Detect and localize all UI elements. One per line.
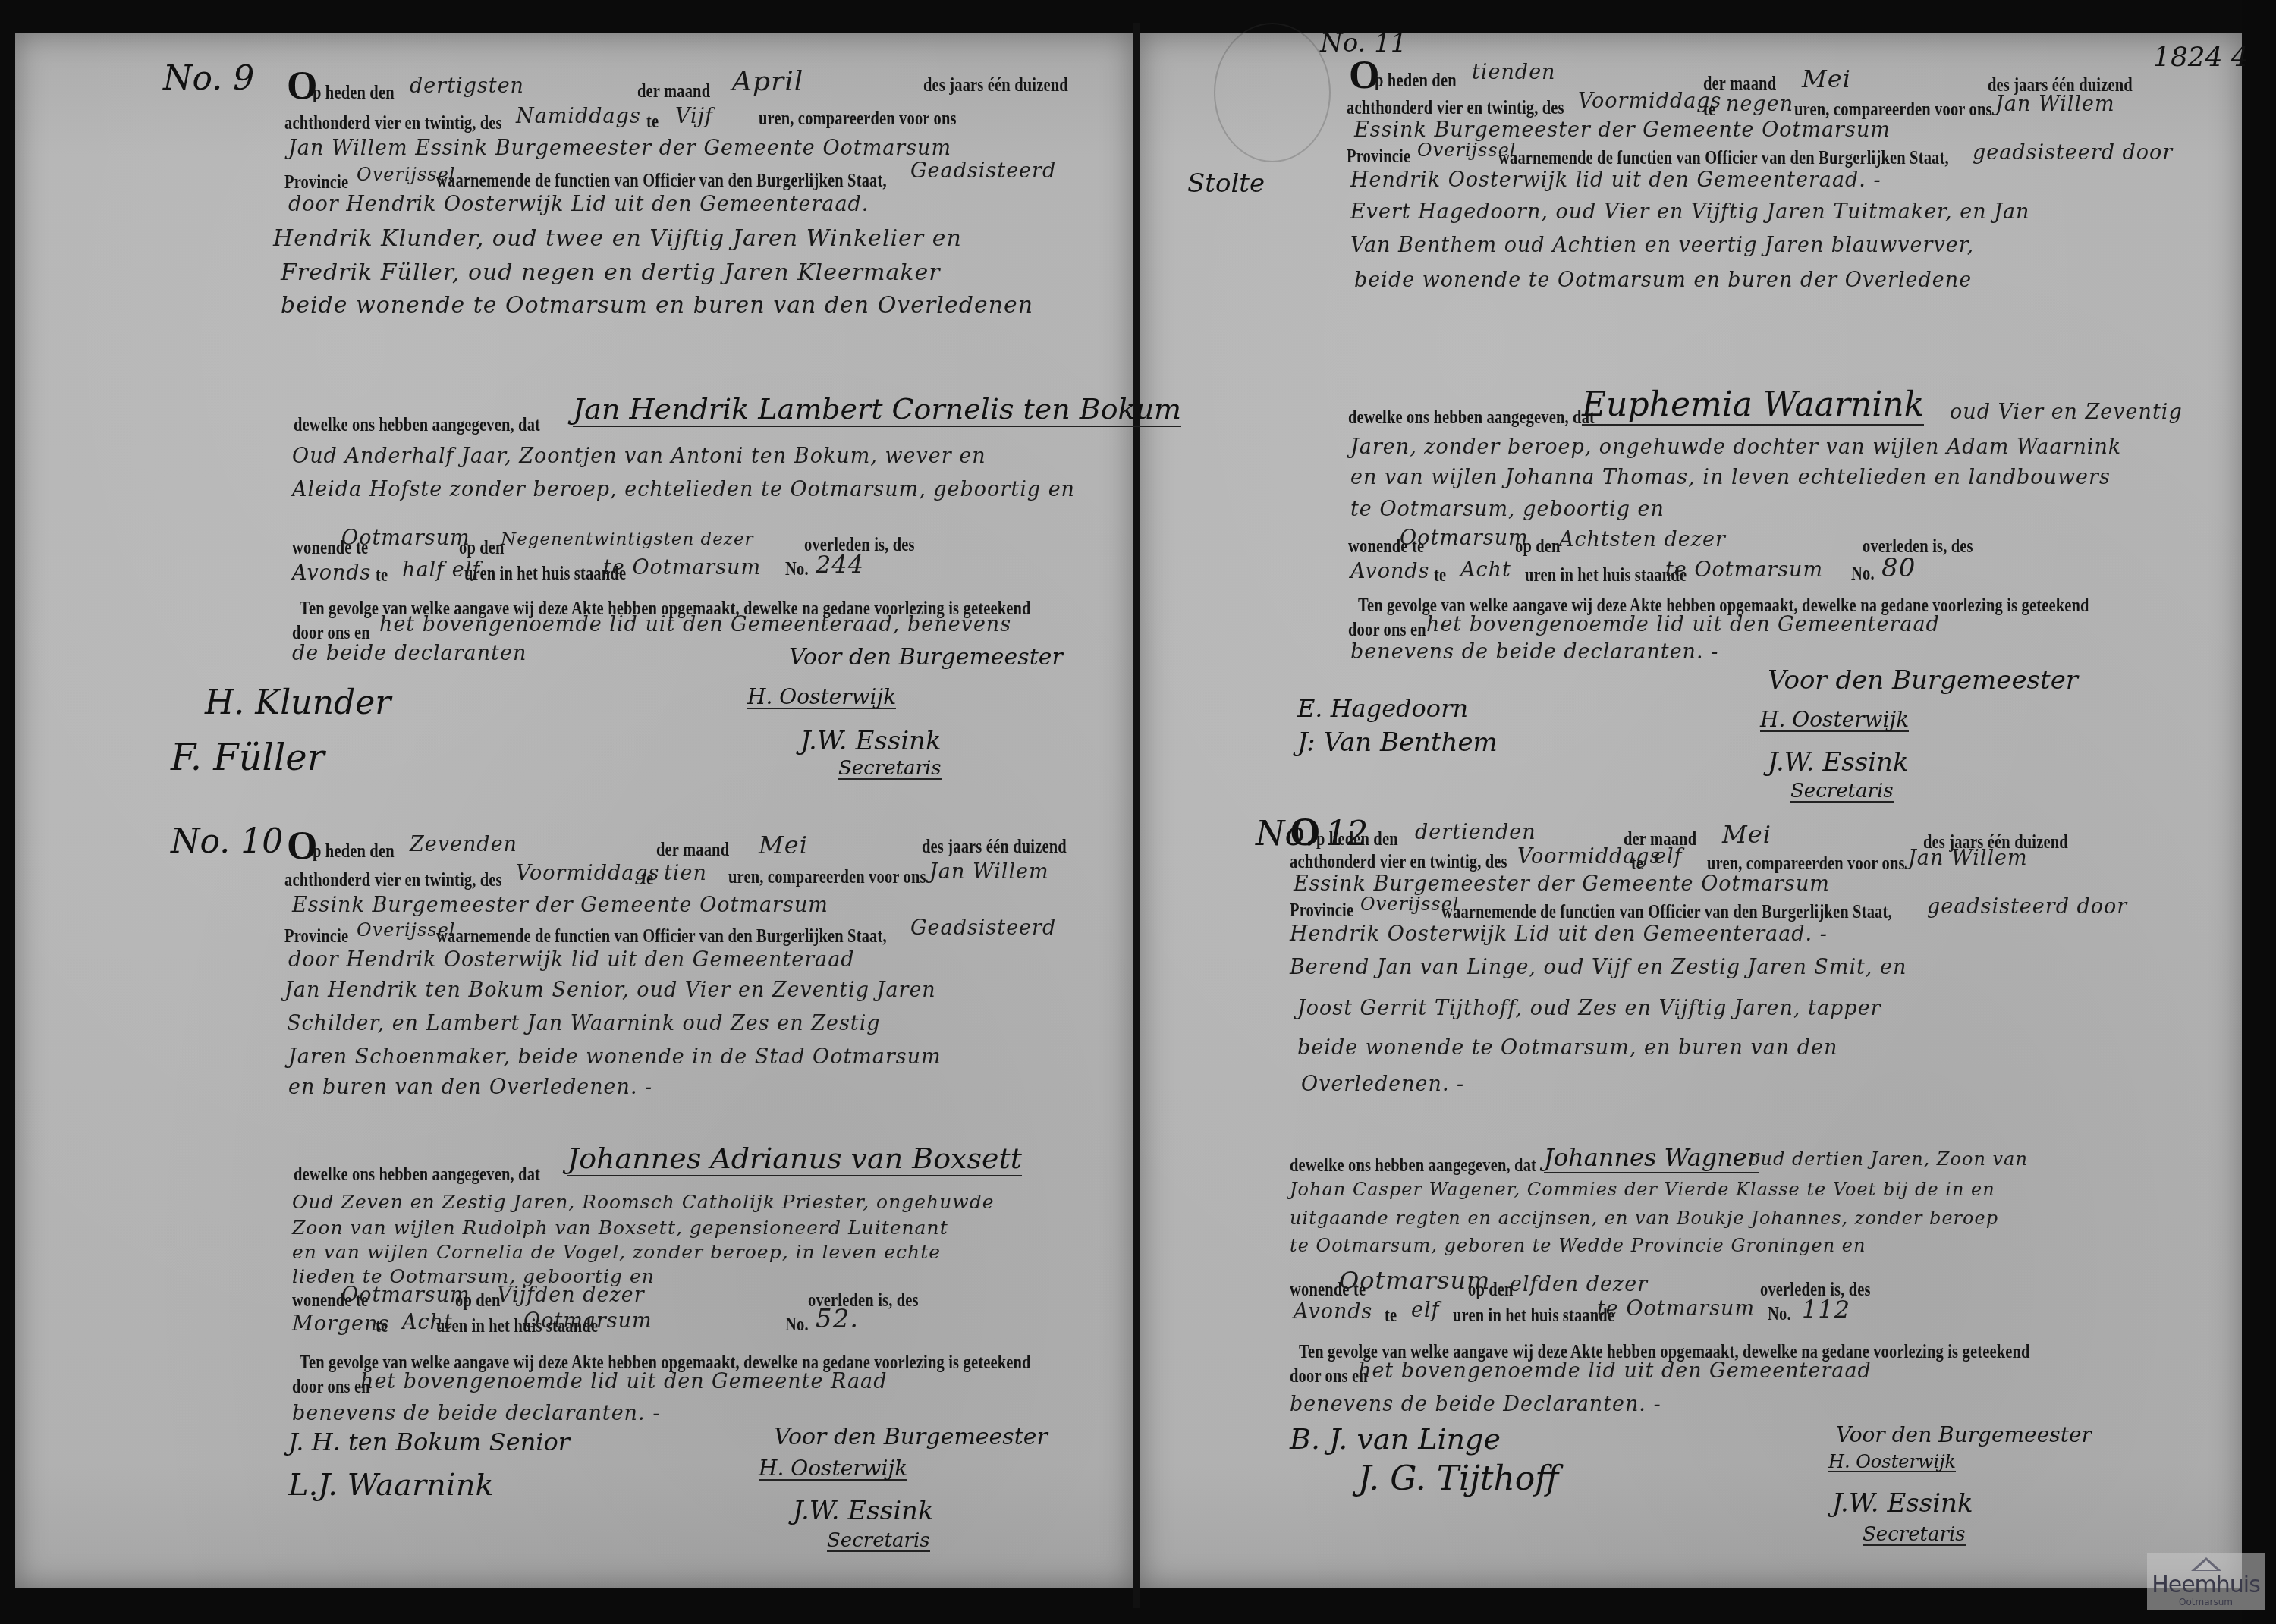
official-signature-label: Voor den Burgemeester [789,646,1063,669]
death-day-field: Negenentwintigsten dezer [501,531,754,548]
signed-by-line: het bovengenoemde lid uit den Gemeentera… [379,614,1011,635]
death-daypart-field: Avonds [1350,561,1429,582]
witness-signature: E. Hagedoorn [1297,696,1468,721]
form-text: des jaars één duizend [923,76,1068,95]
form-text: door ons en [1290,1367,1368,1386]
form-text: waarnemende de functien van Officier van… [1498,149,1949,168]
signed-by-line: benevens de beide declaranten. - [1350,642,1718,662]
witness-signature: J. G. Tijthoff [1358,1462,1559,1496]
official-field: Essink Burgemeester der Gemeente Ootmars… [292,895,828,916]
form-text: te [641,869,653,888]
official-signature: Secretaris [1863,1525,1966,1546]
deceased-name: Johannes Adrianus van Boxsett [567,1144,1022,1176]
official-signature: J.W. Essink [793,1498,934,1524]
form-text: der maand [656,840,729,859]
witness-line: Schilder, en Lambert Jan Waarnink oud Ze… [287,1013,881,1034]
entry-number: No. 9 [163,62,254,96]
daypart-field: Namiddags [516,106,641,127]
death-place-field: te Ootmarsum [603,558,761,578]
official-signature-label: Voor den Burgemeester [774,1426,1048,1449]
entry-number: No. 11 [1320,30,1407,56]
hour-field: elf [1654,847,1683,867]
deceased-suffix: oud Vier en Zeventig [1950,402,2183,422]
form-text: der maand [637,82,710,101]
signed-by-line: het bovengenoemde lid uit den Gemeentera… [1426,614,1940,635]
witness-line: Hendrik Klunder, oud twee en Vijftig Jar… [273,228,962,250]
day-field: Zevenden [410,834,517,855]
akte-number: 112 [1802,1297,1850,1321]
form-text: dewelke ons hebben aangegeven, dat [1348,408,1595,427]
description-line: uitgaande regten en accijnsen, en van Bo… [1290,1209,1998,1227]
assisted-field: geadsisteerd door [1973,143,2173,163]
form-text: achthonderd vier en twintig, des [284,114,502,133]
description-line: en van wijlen Johanna Thomas, in leven e… [1350,467,2111,488]
signed-by-line: benevens de beide declaranten. - [292,1403,660,1424]
death-day-field: Vijfden dezer [497,1285,645,1305]
residence-field: Ootmarsum [341,528,470,548]
form-text: Provincie [284,927,348,946]
form-text: op den [455,1291,501,1310]
signed-by-line: het bovengenoemde lid uit den Gemeentera… [1358,1361,1872,1381]
official-signature: J.W. Essink [1768,749,1909,775]
witness-line: beide wonende te Ootmarsum en buren van … [281,294,1033,317]
deceased-suffix: oud dertien Jaren, Zoon van [1749,1150,2028,1168]
form-text: te [1703,100,1715,119]
official-field: Jan Willem Essink Burgemeester der Gemee… [288,138,951,159]
witness-signature: J. H. ten Bokum Senior [288,1430,570,1454]
death-day-field: Achtsten dezer [1559,529,1726,550]
embossed-seal [1214,23,1331,162]
signed-by-line: het bovengenoemde lid uit den Gemeente R… [360,1371,887,1392]
witness-line: Fredrik Füller, oud negen en dertig Jare… [281,262,941,284]
description-line: te Ootmarsum, geboortig en [1350,499,1665,520]
official-field: Essink Burgemeester der Gemeente Ootmars… [1354,120,1891,140]
official-signature-label: Voor den Burgemeester [1836,1425,2092,1446]
form-text: waarnemende de functien van Officier van… [1441,903,1892,922]
official-signature: H. Oosterwijk [1828,1453,1956,1472]
form-text: dewelke ons hebben aangegeven, dat [1290,1156,1536,1175]
official-signature: J.W. Essink [800,728,942,754]
form-text: uren, compareerden voor ons [759,109,957,128]
description-line: en van wijlen Cornelia de Vogel, zonder … [292,1242,941,1261]
residence-field: Ootmarsum [341,1285,470,1305]
entry-number: No. 10 [171,825,283,859]
assisted-by-field: door Hendrik Oosterwijk lid uit den Geme… [288,950,855,970]
description-line: Oud Anderhalf Jaar, Zoontjen van Antoni … [292,446,986,466]
witness-line: en buren van den Overledenen. - [288,1077,652,1098]
form-text: Provincie [1290,901,1353,920]
form-text: op den [1515,537,1561,556]
assisted-field: Geadsisteerd [910,161,1056,181]
day-field: dertigsten [410,76,524,96]
assisted-by-field: Hendrik Oosterwijk Lid uit den Gemeenter… [1290,924,1828,944]
assisted-field: geadsisteerd door [1927,897,2127,917]
form-text: uren in het huis staande [464,564,626,583]
akte-number: 52. [816,1306,859,1332]
description-line: Oud Zeven en Zestig Jaren, Roomsch Catho… [292,1192,994,1211]
witness-signature: J: Van Benthem [1297,730,1498,755]
deceased-name: Johannes Wagner [1544,1145,1759,1173]
deceased-name: Euphemia Waarnink [1582,388,1924,426]
witness-signature: F. Füller [171,740,325,776]
deceased-name: Jan Hendrik Lambert Cornelis ten Bokum [573,394,1181,427]
witness-line: Overledenen. - [1301,1074,1464,1095]
margin-note: Stolte [1187,171,1265,196]
residence-field: Ootmarsum [1400,528,1529,548]
month-field: Mei [1722,822,1771,847]
description-line: Jaren, zonder beroep, ongehuwde dochter … [1350,437,2121,457]
form-text: achthonderd vier en twintig, des [1290,853,1507,872]
official-field: Essink Burgemeester der Gemeente Ootmars… [1294,874,1830,894]
signed-by-line: benevens de beide Declaranten. - [1290,1394,1661,1415]
form-text: No. [785,1315,809,1334]
form-text: Provincie [1347,147,1410,166]
death-place-field: te Ootmarsum [1665,560,1823,580]
logo-name: Heemhuis [2152,1574,2260,1597]
form-text: uren, compareerden voor ons [1794,100,1992,119]
form-text: Provincie [284,173,348,192]
description-line: Johan Casper Wagener, Commies der Vierde… [1290,1180,1995,1198]
hour-field: tien [664,863,707,884]
official-signature-label: Voor den Burgemeester [1768,668,2078,693]
book-gutter [1133,23,1140,1608]
form-text: dewelke ons hebben aangegeven, dat [294,416,540,435]
death-hour-field: Acht [1460,560,1511,580]
form-text: te [376,1317,388,1336]
logo-place: Ootmarsum [2179,1597,2233,1607]
day-field: tienden [1472,62,1556,83]
hour-field: negen [1726,94,1793,115]
death-daypart-field: Avonds [1294,1302,1372,1322]
form-text: No. [1851,564,1875,583]
form-text: uren in het huis staande [1525,566,1687,585]
form-text: uren, compareerden voor ons [728,868,926,887]
description-line: te Ootmarsum, geboren te Wedde Provincie… [1290,1236,1866,1255]
house-roof-icon [2191,1557,2221,1571]
description-line: Aleida Hofste zonder beroep, echtelieden… [292,479,1075,500]
scan-border [2242,0,2276,1624]
form-text: No. [785,560,809,579]
official-field: Jan Willem [929,862,1049,882]
page-marking: 1824 4 [2153,44,2249,71]
form-text: p heden den [313,842,395,861]
form-text: te [376,566,388,585]
witness-signature: H. Klunder [205,686,391,720]
form-text: p heden den [1375,71,1457,90]
daypart-field: Voormiddags [516,863,659,884]
witness-line: Van Benthem oud Achtien en veertig Jaren… [1350,235,1974,256]
month-field: Mei [759,833,808,857]
official-signature: Secretaris [827,1531,930,1552]
form-text: waarnemende de functien van Officier van… [436,927,887,946]
death-day-field: elfden dezer [1510,1274,1648,1295]
day-field: dertienden [1415,822,1536,843]
form-text: p heden den [313,83,395,102]
official-field: Jan Willem [1908,848,2028,869]
assisted-field: Geadsisteerd [910,918,1056,938]
form-text: op den [1468,1280,1514,1299]
witness-signature: B. J. van Linge [1290,1425,1501,1453]
form-text: uren, compareerden voor ons [1707,854,1905,873]
official-signature: Secretaris [1790,781,1894,803]
death-place-field: te Ootmarsum [1597,1299,1755,1319]
form-text: te [646,112,659,131]
witness-line: Joost Gerrit Tijthoff, oud Zes en Vijfti… [1297,998,1881,1019]
official-field: Jan Willem [1995,94,2115,115]
heemhuis-logo: Heemhuis Ootmarsum [2147,1553,2265,1610]
official-signature: Secretaris [838,759,942,780]
witness-line: Evert Hagedoorn, oud Vier en Vijftig Jar… [1350,202,2029,222]
form-text: waarnemende de functien van Officier van… [436,171,887,190]
form-text: door ons en [292,1377,370,1396]
form-text: dewelke ons hebben aangegeven, dat [294,1165,540,1184]
form-text: door ons en [292,624,370,642]
death-place-field: Ootmarsum [523,1311,652,1331]
witness-line: Jan Hendrik ten Bokum Senior, oud Vier e… [284,980,936,1000]
description-line: Zoon van wijlen Rudolph van Boxsett, gep… [292,1218,948,1237]
witness-line: beide wonende te Ootmarsum en buren der … [1354,270,1972,291]
daypart-field: Voormiddags [1578,91,1721,112]
form-text: No. [1768,1305,1791,1324]
form-text: op den [459,539,505,558]
form-text: te [1434,566,1446,585]
form-text: uren in het huis staande [1453,1306,1614,1325]
form-text: p heden den [1316,830,1398,849]
witness-line: Jaren Schoenmaker, beide wonende in de S… [288,1047,942,1067]
assisted-by-field: door Hendrik Oosterwijk Lid uit den Geme… [288,194,869,215]
official-signature: H. Oosterwijk [759,1458,907,1481]
signed-by-line: de beide declaranten [292,643,527,664]
hour-field: Vijf [675,106,713,127]
form-text: achthonderd vier en twintig, des [284,871,502,890]
official-signature: H. Oosterwijk [1760,709,1909,732]
form-text: door ons en [1348,620,1426,639]
akte-number: 244 [816,552,864,576]
witness-signature: L.J. Waarnink [288,1470,494,1500]
form-text: te [1385,1306,1397,1325]
assisted-by-field: Hendrik Oosterwijk lid uit den Gemeenter… [1350,170,1881,190]
akte-number: 80 [1881,555,1916,581]
month-field: Mei [1802,67,1851,91]
witness-line: Berend Jan van Linge, oud Vijf en Zestig… [1290,957,1907,978]
form-text: te [1631,854,1643,873]
month-field: April [732,68,803,96]
official-signature: H. Oosterwijk [747,686,896,709]
death-hour-field: elf [1411,1300,1440,1321]
official-signature: J.W. Essink [1832,1490,1973,1516]
witness-line: beide wonende te Ootmarsum, en buren van… [1297,1038,1837,1058]
form-text: overleden is, des [1863,537,1973,556]
form-text: des jaars één duizend [922,837,1067,856]
form-text: achthonderd vier en twintig, des [1347,99,1564,118]
death-daypart-field: Avonds [292,563,371,583]
